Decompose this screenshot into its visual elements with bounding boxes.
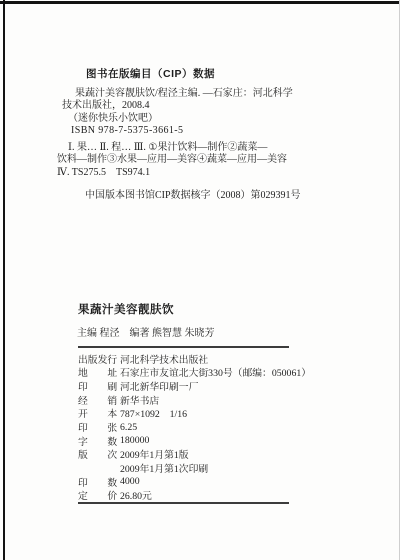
- colophon-row-sheets: 印 张 6.25: [78, 420, 378, 434]
- cip-record-number: 中国版本图书馆CIP数据核字（2008）第029391号: [85, 186, 301, 201]
- colophon-label: 开 本: [78, 406, 118, 420]
- colophon-value: 河北新华印刷一厂: [120, 379, 198, 393]
- colophon-label: 印 刷: [78, 379, 118, 393]
- colophon-value: 石家庄市友谊北大街330号（邮编：050061）: [120, 365, 311, 379]
- colophon-row-printrun: 印 数 4000: [78, 475, 378, 489]
- colophon-row-wordcount: 字 数 180000: [78, 434, 378, 448]
- colophon-label: 地 址: [78, 365, 118, 379]
- colophon-row-edition: 版 次 2009年1月第1版: [78, 447, 378, 461]
- byline-authors: 主编 程泾 编著 熊智慧 朱晓芳: [77, 324, 215, 339]
- colophon-table: 出版发行 河北科学技术出版社 地 址 石家庄市友谊北大街330号（邮编：0500…: [78, 352, 378, 502]
- colophon-label: 字 数: [78, 434, 118, 448]
- colophon-row-address: 地 址 石家庄市友谊北大街330号（邮编：050061）: [78, 366, 378, 380]
- isbn-line: ISBN 978-7-5375-3661-5: [71, 125, 362, 137]
- colophon-value: 6.25: [120, 422, 137, 433]
- colophon-label: 印 张: [78, 420, 118, 434]
- cip-classification-line: 饮料—制作③水果—应用—美容④蔬菜—应用—美容: [57, 154, 362, 166]
- colophon-value: 2009年1月第1次印刷: [120, 461, 208, 475]
- colophon-row-price: 定 价 26.80元: [78, 488, 378, 502]
- colophon-label: 出版发行: [78, 352, 118, 366]
- cip-series-name: （迷你快乐小饮吧）: [68, 113, 362, 125]
- colophon-label: 定 价: [78, 488, 118, 502]
- colophon-label: 版 次: [78, 447, 118, 461]
- colophon-value: 2009年1月第1版: [120, 447, 189, 461]
- colophon-value: 新华书店: [120, 393, 159, 407]
- colophon-value: 787×1092 1/16: [120, 406, 187, 420]
- colophon-label: 印 数: [78, 475, 118, 489]
- cip-classification-line: Ⅳ. TS275.5 TS974.1: [57, 167, 362, 179]
- book-title: 果蔬汁美容靓肤饮: [78, 301, 174, 317]
- colophon-value: 河北科学技术出版社: [120, 352, 208, 366]
- colophon-row-printer: 印 刷 河北新华印刷一厂: [78, 379, 378, 393]
- colophon-row-format: 开 本 787×1092 1/16: [78, 407, 378, 421]
- cip-classification-line: Ⅰ. 果… Ⅱ. 程… Ⅲ. ①果汁饮料—制作②蔬菜—: [68, 142, 362, 154]
- colophon-value: 4000: [120, 476, 140, 487]
- page-left-border: [3, 0, 5, 560]
- colophon-row-printing: 2009年1月第1次印刷: [78, 461, 378, 475]
- cip-entry-line: 技术出版社，2008.4: [62, 100, 362, 112]
- colophon-value: 26.80元: [120, 488, 152, 502]
- divider-rule-top: [78, 346, 289, 348]
- copyright-page: 图书在版编目（CIP）数据 果蔬汁美容靓肤饮/程泾主编. —石家庄：河北科学 技…: [0, 0, 400, 560]
- cip-classification-block: Ⅰ. 果… Ⅱ. 程… Ⅲ. ①果汁饮料—制作②蔬菜— 饮料—制作③水果—应用—…: [57, 142, 362, 179]
- colophon-value: 180000: [120, 435, 149, 446]
- colophon-row-publisher: 出版发行 河北科学技术出版社: [78, 352, 378, 366]
- cip-entry-block: 果蔬汁美容靓肤饮/程泾主编. —石家庄：河北科学 技术出版社，2008.4 （迷…: [62, 88, 362, 138]
- cip-entry-line: 果蔬汁美容靓肤饮/程泾主编. —石家庄：河北科学: [75, 88, 362, 100]
- colophon-row-distributor: 经 销 新华书店: [78, 393, 378, 407]
- divider-rule-bottom: [78, 502, 289, 504]
- page-top-border: [0, 1, 400, 4]
- colophon-label: 经 销: [78, 393, 118, 407]
- cip-header: 图书在版编目（CIP）数据: [86, 66, 215, 81]
